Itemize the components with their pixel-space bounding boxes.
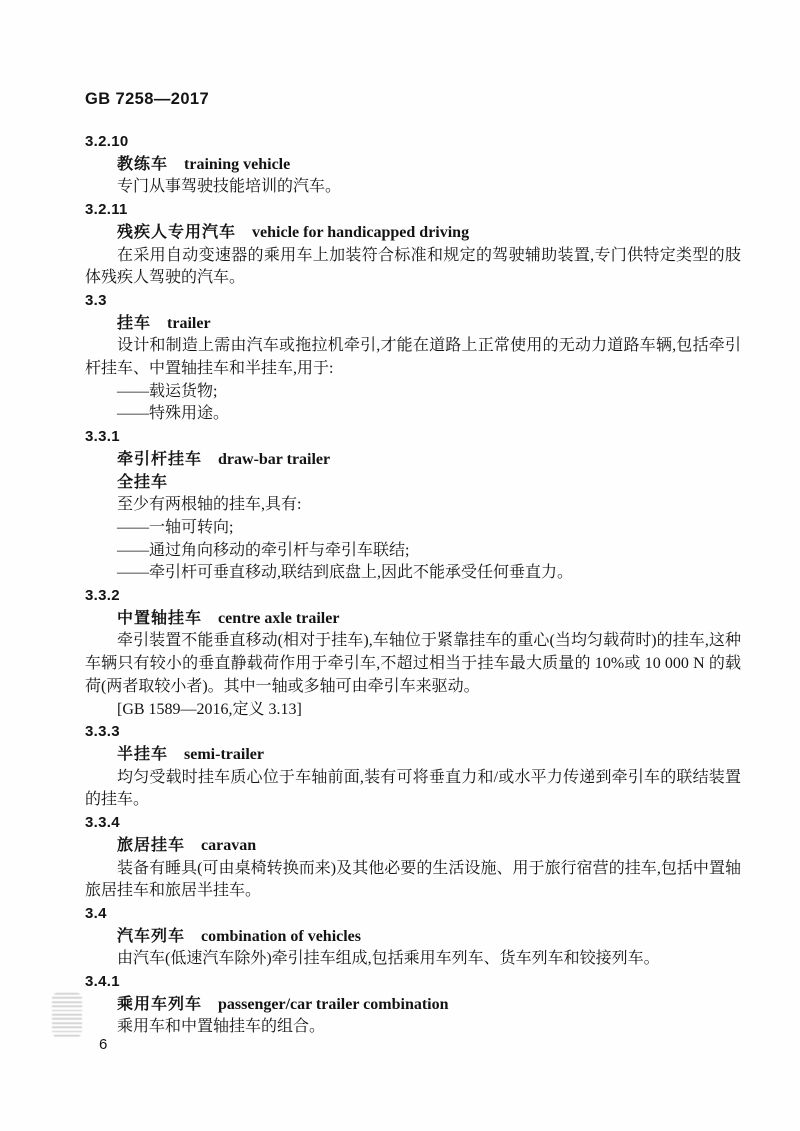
clause-number-3-2-11: 3.2.11 bbox=[85, 199, 741, 222]
term-en: passenger/car trailer combination bbox=[218, 996, 449, 1013]
definition-paragraph: 由汽车(低速汽车除外)牵引挂车组成,包括乘用车列车、货车列车和铰接列车。 bbox=[85, 948, 741, 971]
standard-number-header: GB 7258—2017 bbox=[85, 90, 209, 109]
term-zh: 牵引杆挂车 bbox=[117, 451, 202, 468]
term-zh: 中置轴挂车 bbox=[117, 610, 202, 627]
definition-paragraph: 牵引装置不能垂直移动(相对于挂车),车轴位于紧靠挂车的重心(当均匀载荷时)的挂车… bbox=[85, 630, 741, 698]
clause-number-3-3-1: 3.3.1 bbox=[85, 426, 741, 449]
term-en: vehicle for handicapped driving bbox=[252, 224, 469, 241]
dash-list-item: ——一轴可转向; bbox=[85, 517, 741, 540]
term-zh: 半挂车 bbox=[117, 746, 168, 763]
clause-number-3-3-3: 3.3.3 bbox=[85, 721, 741, 744]
term-heading-semi-trailer: 半挂车semi-trailer bbox=[85, 744, 741, 767]
clause-number-3-2-10: 3.2.10 bbox=[85, 131, 741, 154]
scan-artifact bbox=[52, 993, 82, 1037]
synonym-term: 全挂车 bbox=[85, 472, 741, 495]
term-heading-passenger-car-trailer-combination: 乘用车列车passenger/car trailer combination bbox=[85, 994, 741, 1017]
term-zh: 汽车列车 bbox=[117, 928, 185, 945]
term-en: semi-trailer bbox=[184, 746, 264, 763]
clause-content: 3.2.10 教练车training vehicle 专门从事驾驶技能培训的汽车… bbox=[85, 131, 741, 1039]
term-zh: 乘用车列车 bbox=[117, 996, 202, 1013]
dash-list-item: ——牵引杆可垂直移动,联结到底盘上,因此不能承受任何垂直力。 bbox=[85, 562, 741, 585]
definition-paragraph: 乘用车和中置轴挂车的组合。 bbox=[85, 1016, 741, 1039]
term-en: draw-bar trailer bbox=[218, 451, 330, 468]
page-number: 6 bbox=[99, 1036, 107, 1053]
definition-paragraph: 装备有睡具(可由桌椅转换而来)及其他必要的生活设施、用于旅行宿营的挂车,包括中置… bbox=[85, 858, 741, 903]
term-en: caravan bbox=[201, 837, 256, 854]
term-zh: 残疾人专用汽车 bbox=[117, 224, 236, 241]
clause-number-3-4: 3.4 bbox=[85, 903, 741, 926]
clause-number-3-4-1: 3.4.1 bbox=[85, 971, 741, 994]
term-zh: 教练车 bbox=[117, 156, 168, 173]
definition-paragraph: 专门从事驾驶技能培训的汽车。 bbox=[85, 176, 741, 199]
clause-number-3-3-2: 3.3.2 bbox=[85, 585, 741, 608]
term-heading-drawbar-trailer: 牵引杆挂车draw-bar trailer bbox=[85, 449, 741, 472]
dash-list-item: ——通过角向移动的牵引杆与牵引车联结; bbox=[85, 540, 741, 563]
definition-paragraph: 在采用自动变速器的乘用车上加装符合标准和规定的驾驶辅助装置,专门供特定类型的肢体… bbox=[85, 245, 741, 290]
term-heading-trailer: 挂车trailer bbox=[85, 313, 741, 336]
term-zh: 挂车 bbox=[117, 315, 151, 332]
dash-list-item: ——载运货物; bbox=[85, 381, 741, 404]
term-en: trailer bbox=[167, 315, 211, 332]
source-reference: [GB 1589—2016,定义 3.13] bbox=[85, 699, 741, 722]
dash-list-item: ——特殊用途。 bbox=[85, 403, 741, 426]
definition-paragraph: 设计和制造上需由汽车或拖拉机牵引,才能在道路上正常使用的无动力道路车辆,包括牵引… bbox=[85, 335, 741, 380]
definition-paragraph: 至少有两根轴的挂车,具有: bbox=[85, 494, 741, 517]
term-en: combination of vehicles bbox=[201, 928, 361, 945]
term-en: centre axle trailer bbox=[218, 610, 339, 627]
clause-number-3-3: 3.3 bbox=[85, 290, 741, 313]
term-zh: 旅居挂车 bbox=[117, 837, 185, 854]
term-en: training vehicle bbox=[184, 156, 290, 173]
clause-number-3-3-4: 3.3.4 bbox=[85, 812, 741, 835]
definition-paragraph: 均匀受载时挂车质心位于车轴前面,装有可将垂直力和/或水平力传递到牵引车的联结装置… bbox=[85, 767, 741, 812]
term-heading-combination-of-vehicles: 汽车列车combination of vehicles bbox=[85, 926, 741, 949]
term-heading-centre-axle-trailer: 中置轴挂车centre axle trailer bbox=[85, 608, 741, 631]
term-heading-training-vehicle: 教练车training vehicle bbox=[85, 154, 741, 177]
term-heading-handicapped-vehicle: 残疾人专用汽车vehicle for handicapped driving bbox=[85, 222, 741, 245]
document-page: GB 7258—2017 3.2.10 教练车training vehicle … bbox=[0, 0, 800, 1131]
term-heading-caravan: 旅居挂车caravan bbox=[85, 835, 741, 858]
